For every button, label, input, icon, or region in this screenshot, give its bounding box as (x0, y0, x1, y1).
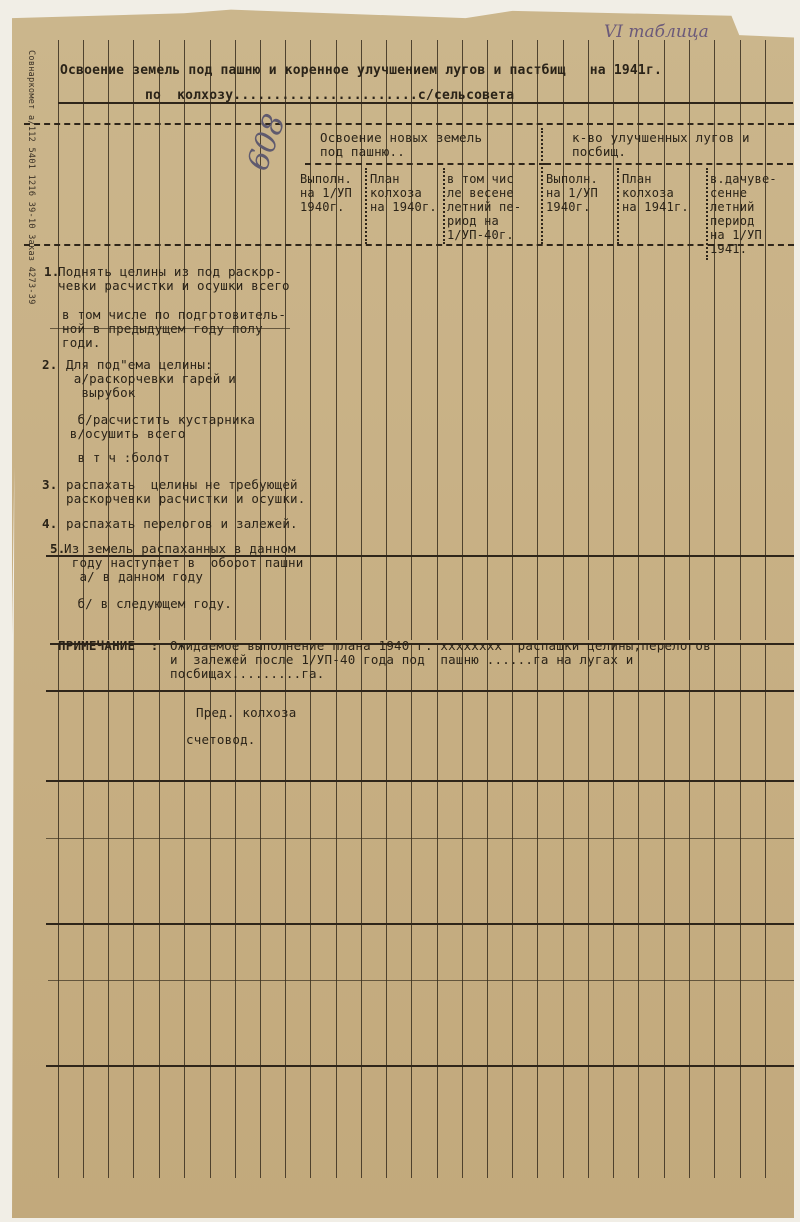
column-rule (487, 692, 488, 1178)
column-rule (740, 645, 741, 690)
signature-chairman: Пред. колхоза (196, 706, 296, 720)
table-label: VI таблица (604, 22, 709, 42)
column-rule (537, 102, 538, 640)
column-rule (740, 692, 741, 1178)
column-rule (664, 40, 665, 102)
column-rule (58, 102, 59, 640)
col-header-plan-1941-meadows: План колхоза на 1941г. (622, 172, 689, 214)
document-title: Освоение земель под пашню и коренное улу… (60, 64, 662, 78)
col-header-spring-summer-1941: в.дачуве- сенне летний период на 1/УП 19… (710, 172, 777, 256)
column-rule (437, 102, 438, 640)
column-rule (537, 692, 538, 1178)
column-rule (638, 692, 639, 1178)
column-rule (411, 692, 412, 1178)
row-1a-text: в том числе по подготовитель- ной в пред… (62, 308, 286, 350)
signature-accountant: счетовод. (186, 733, 256, 747)
column-rule (159, 692, 160, 1178)
column-rule (462, 692, 463, 1178)
header-sep (706, 168, 708, 260)
col-header-plan-1940: План колхоза на 1940г. (370, 172, 437, 214)
column-rule (133, 692, 134, 1178)
row-2b-text: б/расчистить кустарника в/осушить всего (62, 413, 255, 441)
col-header-spring-summer-1940: в том чис ле весене летний пе- риод на 1… (447, 172, 521, 242)
column-rule (210, 692, 211, 1178)
header-top-dashed-rule (24, 123, 794, 125)
column-rule (361, 692, 362, 1178)
header-sep (443, 168, 445, 244)
row-4-text: распахать перелогов и залежей. (66, 517, 298, 531)
row-2-text: Для под"ема целины: а/раскорчевки гарей … (66, 358, 236, 400)
column-rule (437, 692, 438, 1178)
row-2c-text: в т ч :болот (62, 451, 170, 465)
blank-rule-3 (46, 923, 794, 925)
blank-rule-4 (48, 980, 794, 981)
header-bottom-dashed-rule (24, 244, 794, 246)
group2-dashed-rule (545, 163, 793, 165)
group1-dashed-rule (305, 163, 545, 165)
column-rule (740, 40, 741, 102)
column-rule (184, 692, 185, 1178)
column-rule (235, 692, 236, 1178)
column-rule (765, 40, 766, 102)
row-5-text: Из земель распаханных в данном году наст… (64, 542, 304, 584)
column-rule (159, 645, 160, 690)
note-label: ПРИМЕЧАНИЕ : (58, 639, 158, 653)
column-rule (689, 40, 690, 102)
document-subtitle: по колхозу.......................с/сельс… (145, 89, 514, 103)
column-rule (613, 692, 614, 1178)
blank-rule-2 (46, 838, 794, 839)
note-line-2: и залежей после 1/УП-40 года под пашню .… (170, 653, 634, 667)
col-header-done-1940: Выполн. на 1/УП 1940г. (300, 172, 352, 214)
header-group-new-lands: Освоение новых земель под пашню.. (320, 131, 482, 159)
header-sep (541, 128, 543, 244)
column-rule (664, 692, 665, 1178)
blank-rule-5 (46, 1065, 794, 1067)
header-group-improved-meadows: к-во улучшенных лугов и посбищ. (572, 131, 750, 159)
row-4-num: 4. (42, 517, 57, 531)
column-rule (285, 692, 286, 1178)
column-rule (765, 645, 766, 690)
column-rule (512, 692, 513, 1178)
row-5b-text: б/ в следующем году. (62, 597, 232, 611)
column-rule (563, 692, 564, 1178)
note-line-3: посбищах.........га. (170, 667, 325, 681)
column-rule (108, 692, 109, 1178)
header-sep (617, 168, 619, 244)
column-rule (58, 40, 59, 102)
note-bottom-rule (46, 690, 794, 692)
col-header-done-1940-meadows: Выполн. на 1/УП 1940г. (546, 172, 598, 214)
column-rule (260, 692, 261, 1178)
column-rule (689, 692, 690, 1178)
row-3-num: 3. (42, 478, 57, 492)
column-rule (765, 692, 766, 1178)
column-rule (336, 692, 337, 1178)
column-rule (689, 102, 690, 640)
column-rule (613, 102, 614, 640)
column-rule (714, 40, 715, 102)
column-rule (386, 692, 387, 1178)
column-rule (83, 692, 84, 1178)
row-1-text: Поднять целины из под раскор- чевки расч… (58, 265, 290, 293)
column-rule (58, 692, 59, 1178)
row-2-num: 2. (42, 358, 57, 372)
column-rule (588, 692, 589, 1178)
column-rule (361, 102, 362, 640)
printer-imprint: Совнаркомет а/112 5401 1216 39-10 Заказ … (26, 50, 36, 305)
row-3-text: распахать целины не требующей раскорчевк… (66, 478, 306, 506)
header-sep (365, 168, 367, 244)
note-line-1: Ожидаемое выполнение плана 1940 г. ххххх… (170, 639, 711, 653)
column-rule (714, 645, 715, 690)
column-rule (310, 692, 311, 1178)
column-rule (714, 692, 715, 1178)
blank-rule-1 (46, 780, 794, 782)
